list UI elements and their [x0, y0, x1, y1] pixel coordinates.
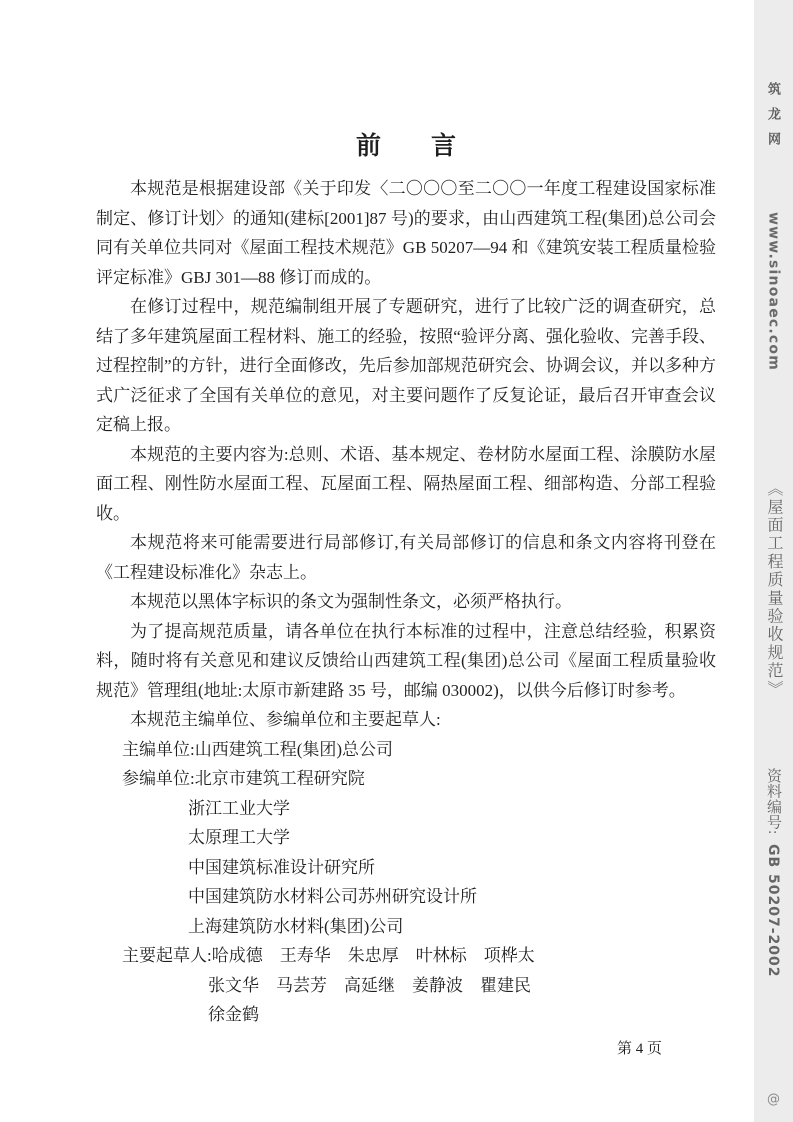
co-editor-unit: 浙江工业大学 [96, 794, 716, 824]
sidebar-doc-title: 《屋面工程质量验收规范》 [762, 480, 785, 698]
paragraph-6: 为了提高规范质量，请各单位在执行本标准的过程中，注意总结经验，积累资料，随时将有… [96, 617, 716, 706]
site-name: 筑龙网 [764, 82, 783, 157]
sidebar-strip: 筑龙网 www.sinoaec.com 《屋面工程质量验收规范》 资料编号:GB… [754, 0, 793, 1122]
co-editor-unit: 中国建筑防水材料公司苏州研究设计所 [96, 882, 716, 912]
chief-editor-label: 主编单位: [122, 740, 195, 759]
co-editor-unit: 中国建筑标准设计研究所 [96, 853, 716, 883]
doc-number-label: 资料编号: [765, 768, 781, 835]
drafters-row: 哈成德 王寿华 朱忠厚 叶林标 项桦太 [212, 946, 535, 965]
paragraph-2: 在修订过程中，规范编制组开展了专题研究，进行了比较广泛的调查研究，总结了多年建筑… [96, 292, 716, 440]
paragraph-7: 本规范主编单位、参编单位和主要起草人: [96, 705, 716, 735]
sidebar-doc-number-line: 资料编号:GB 50207-2002 [763, 768, 784, 977]
page-number: 第 4 页 [96, 1037, 662, 1058]
paragraph-1: 本规范是根据建设部《关于印发〈二〇〇〇至二〇〇一年度工程建设国家标准制定、修订计… [96, 174, 716, 292]
co-editor-line: 参编单位:北京市建筑工程研究院 [96, 764, 716, 794]
co-editor-label: 参编单位: [122, 769, 195, 788]
paragraph-4: 本规范将来可能需要进行局部修订,有关局部修订的信息和条文内容将刊登在《工程建设标… [96, 528, 716, 587]
drafters-row: 张文华 马芸芳 高延继 姜静波 瞿建民 [96, 971, 716, 1001]
drafters-row: 徐金鹤 [96, 1000, 716, 1030]
drafters-line: 主要起草人:哈成德 王寿华 朱忠厚 叶林标 项桦太 [96, 941, 716, 971]
doc-number: GB 50207-2002 [765, 844, 781, 978]
paragraph-5: 本规范以黑体字标识的条文为强制性条文，必须严格执行。 [96, 587, 716, 617]
co-editor-unit: 太原理工大学 [96, 823, 716, 853]
editors-block: 主编单位:山西建筑工程(集团)总公司 参编单位:北京市建筑工程研究院 浙江工业大… [96, 735, 716, 1030]
preface-body: 本规范是根据建设部《关于印发〈二〇〇〇至二〇〇一年度工程建设国家标准制定、修订计… [96, 174, 716, 735]
chief-editor-unit: 山西建筑工程(集团)总公司 [195, 740, 393, 759]
document-page: 前 言 本规范是根据建设部《关于印发〈二〇〇〇至二〇〇一年度工程建设国家标准制定… [96, 0, 716, 1030]
paragraph-3: 本规范的主要内容为:总则、术语、基本规定、卷材防水屋面工程、涂膜防水屋面工程、刚… [96, 440, 716, 529]
site-url: www.sinoaec.com [766, 212, 782, 371]
at-symbol: @ [767, 1092, 780, 1107]
chief-editor-line: 主编单位:山西建筑工程(集团)总公司 [96, 735, 716, 765]
co-editor-unit: 上海建筑防水材料(集团)公司 [96, 912, 716, 942]
drafters-label: 主要起草人: [122, 946, 212, 965]
co-editor-unit: 北京市建筑工程研究院 [195, 769, 365, 788]
page-title: 前 言 [96, 0, 716, 160]
